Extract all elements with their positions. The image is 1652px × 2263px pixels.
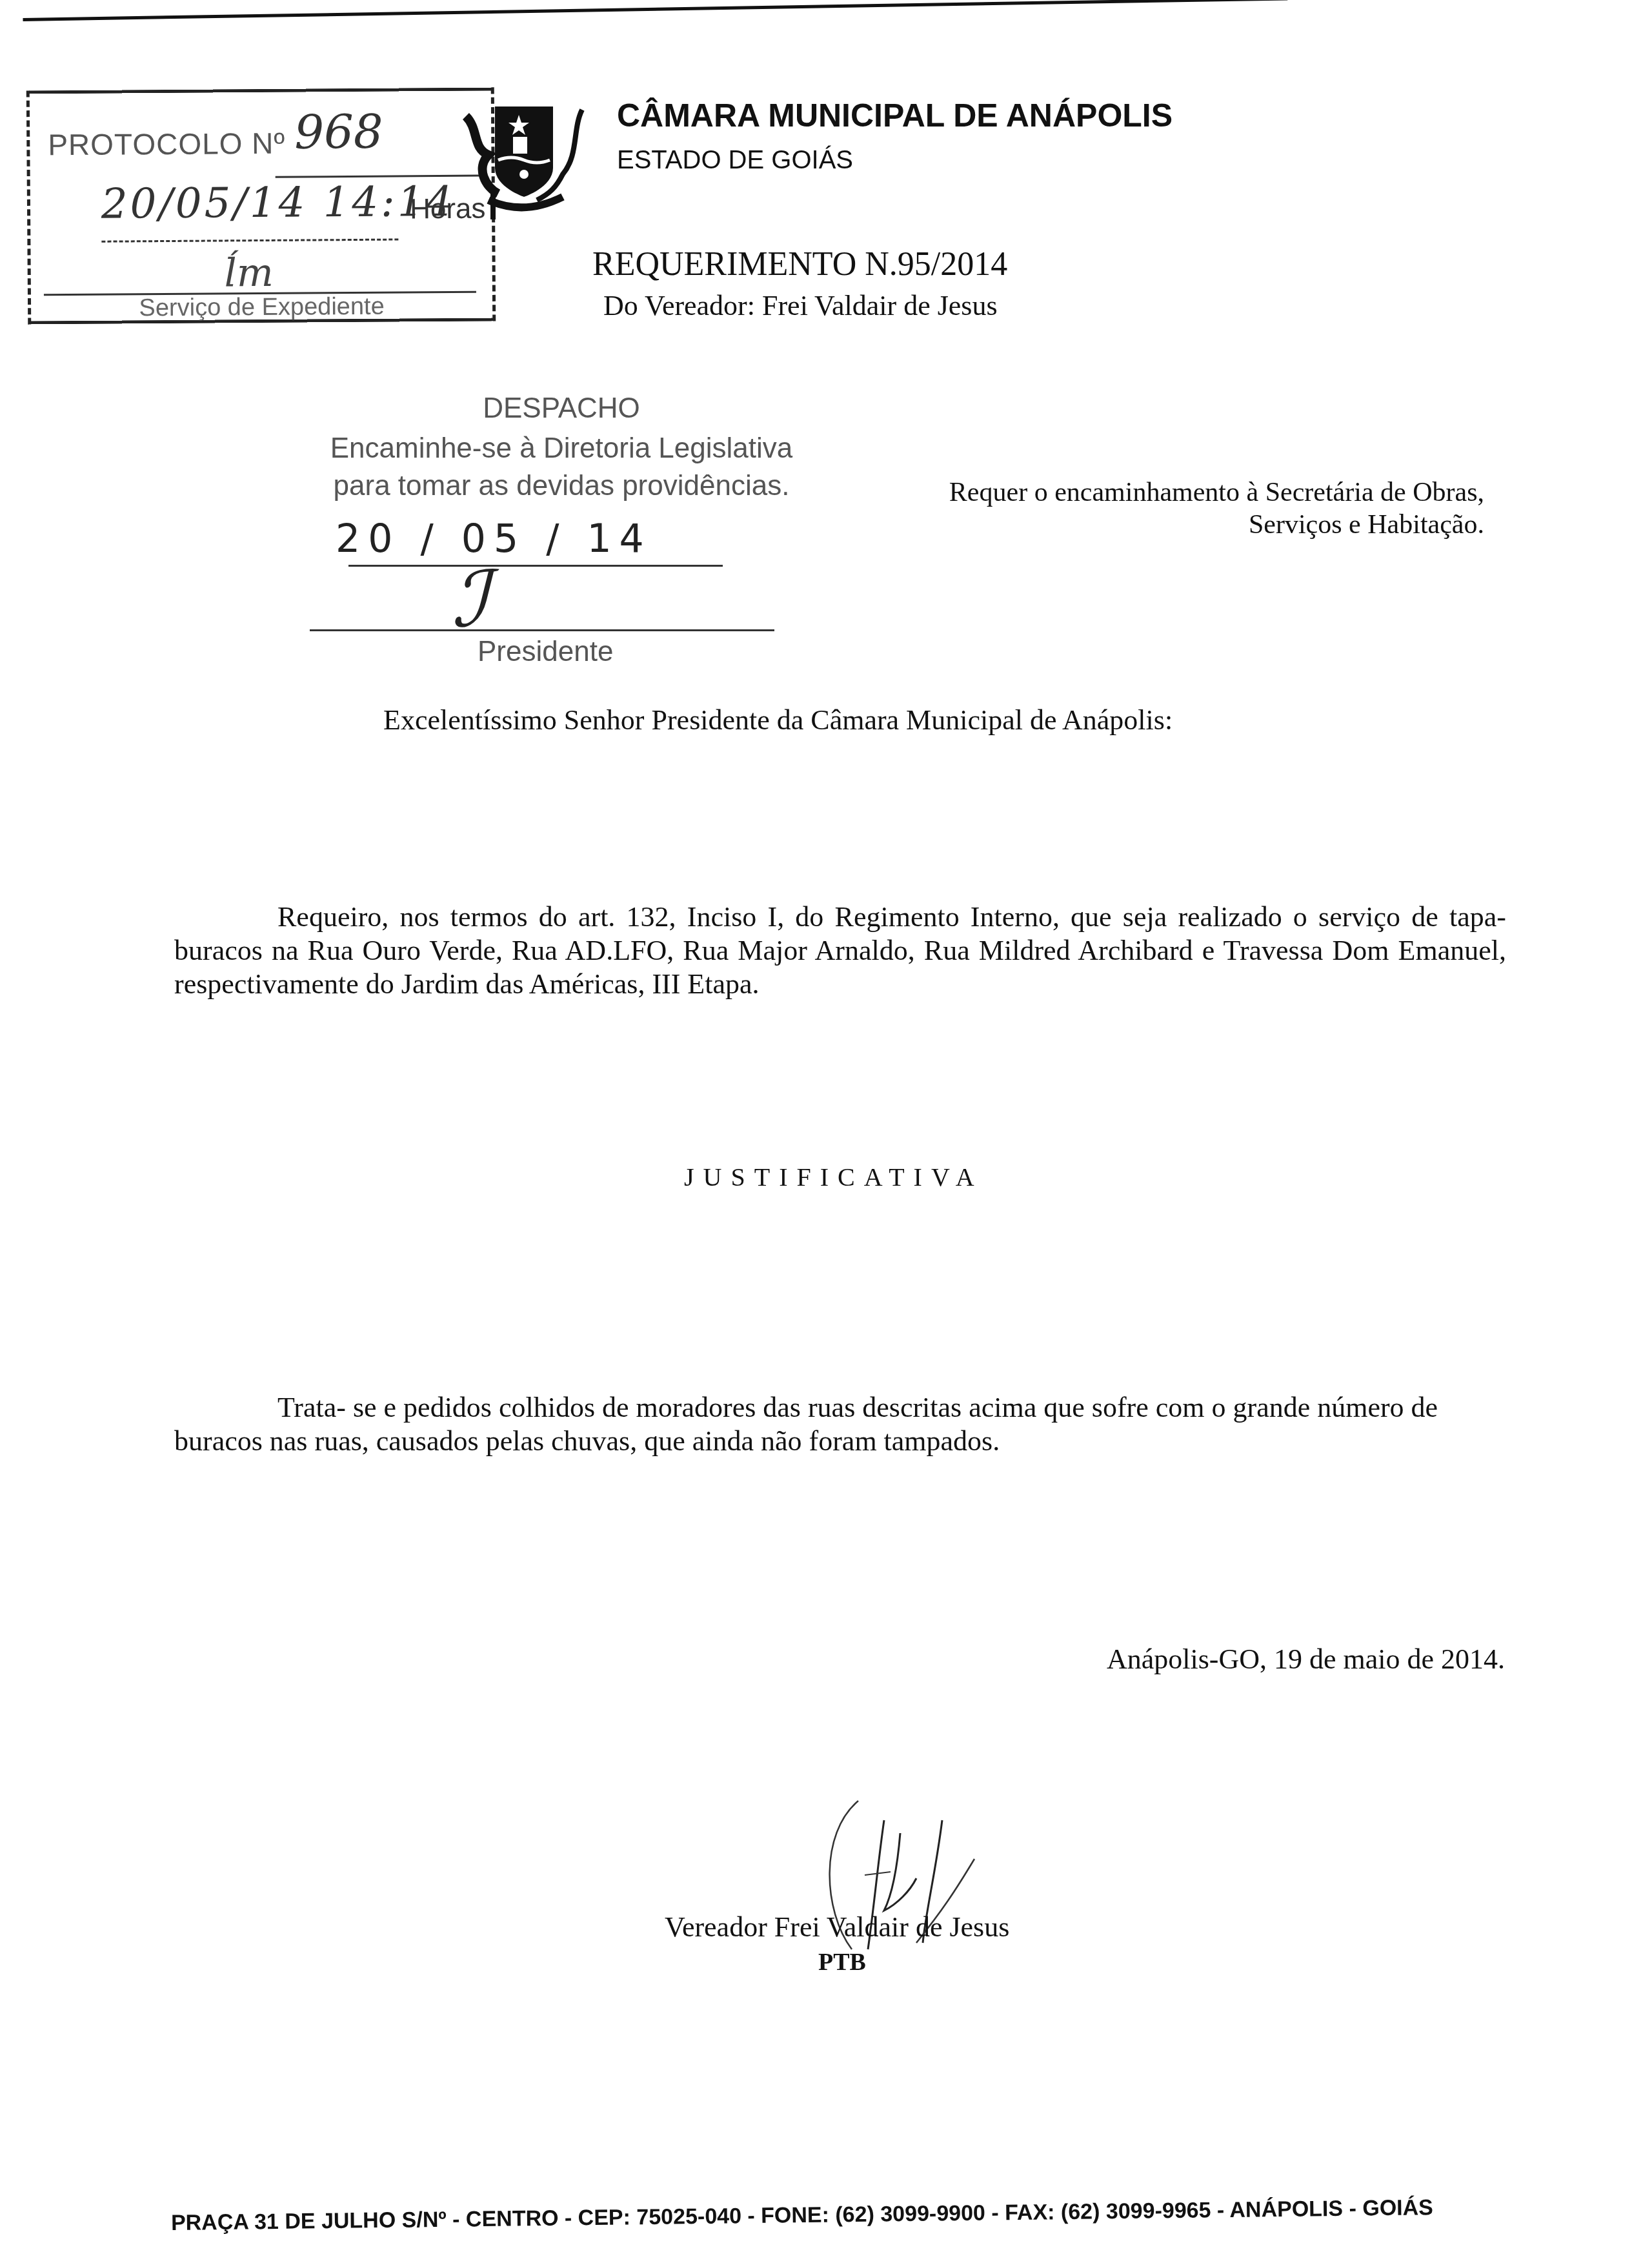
signatory-name: Vereador Frei Valdair de Jesus: [665, 1911, 1009, 1943]
despacho-stamp: DESPACHO Encaminhe-se à Diretoria Legisl…: [284, 387, 839, 671]
despacho-title: DESPACHO: [284, 392, 839, 425]
place-date: Anápolis-GO, 19 de maio de 2014.: [1107, 1643, 1505, 1676]
protocolo-number: 968: [294, 105, 383, 159]
despacho-line-1: Encaminhe-se à Diretoria Legislativa: [284, 432, 839, 465]
councilor-signature-icon: [761, 1781, 994, 1975]
request-paragraph-text: Requeiro, nos termos do art. 132, Inciso…: [174, 901, 1506, 1000]
justification-paragraph: Trata- se e pedidos colhidos de moradore…: [174, 1391, 1506, 1458]
despacho-role: Presidente: [478, 636, 613, 668]
request-paragraph: Requeiro, nos termos do art. 132, Inciso…: [174, 900, 1506, 1001]
justification-paragraph-text: Trata- se e pedidos colhidos de moradore…: [174, 1392, 1438, 1457]
requerimento-title: REQUERIMENTO N.95/2014: [592, 245, 1007, 283]
despacho-date: 20 / 05 / 14: [336, 516, 652, 562]
despacho-signature-line: [310, 629, 774, 631]
protocolo-stamp: PROTOCOLO Nº 968 20/05/14 14:14 Horas ĺm…: [26, 87, 496, 324]
requerimento-author: Do Vereador: Frei Valdair de Jesus: [603, 289, 998, 322]
despacho-date-line: [348, 565, 723, 567]
justification-heading: JUSTIFICATIVA: [684, 1162, 983, 1192]
protocolo-service: Serviço de Expediente: [31, 292, 492, 323]
protocolo-date-value: 20/05/14: [101, 179, 308, 228]
despacho-line-2: para tomar as devidas providências.: [284, 470, 839, 502]
chamber-title: CÂMARA MUNICIPAL DE ANÁPOLIS: [617, 97, 1173, 134]
protocolo-initials: ĺm: [224, 250, 274, 296]
protocolo-date-line: [101, 239, 398, 243]
salutation: Excelentíssimo Senhor Presidente da Câma…: [383, 704, 1173, 736]
footer-address: PRAÇA 31 DE JULHO S/Nº - CENTRO - CEP: 7…: [171, 2195, 1433, 2236]
signatory-party: PTB: [818, 1948, 866, 1976]
coat-of-arms-icon: [459, 90, 589, 219]
president-signature: ℐ: [452, 555, 488, 645]
state-subtitle: ESTADO DE GOIÁS: [617, 146, 853, 175]
request-summary: Requer o encaminhamento à Secretária de …: [903, 476, 1484, 541]
protocolo-label: PROTOCOLO Nº: [48, 126, 285, 163]
protocolo-date: 20/05/14 14:14: [101, 178, 456, 228]
scan-edge-line: [23, 0, 1287, 21]
